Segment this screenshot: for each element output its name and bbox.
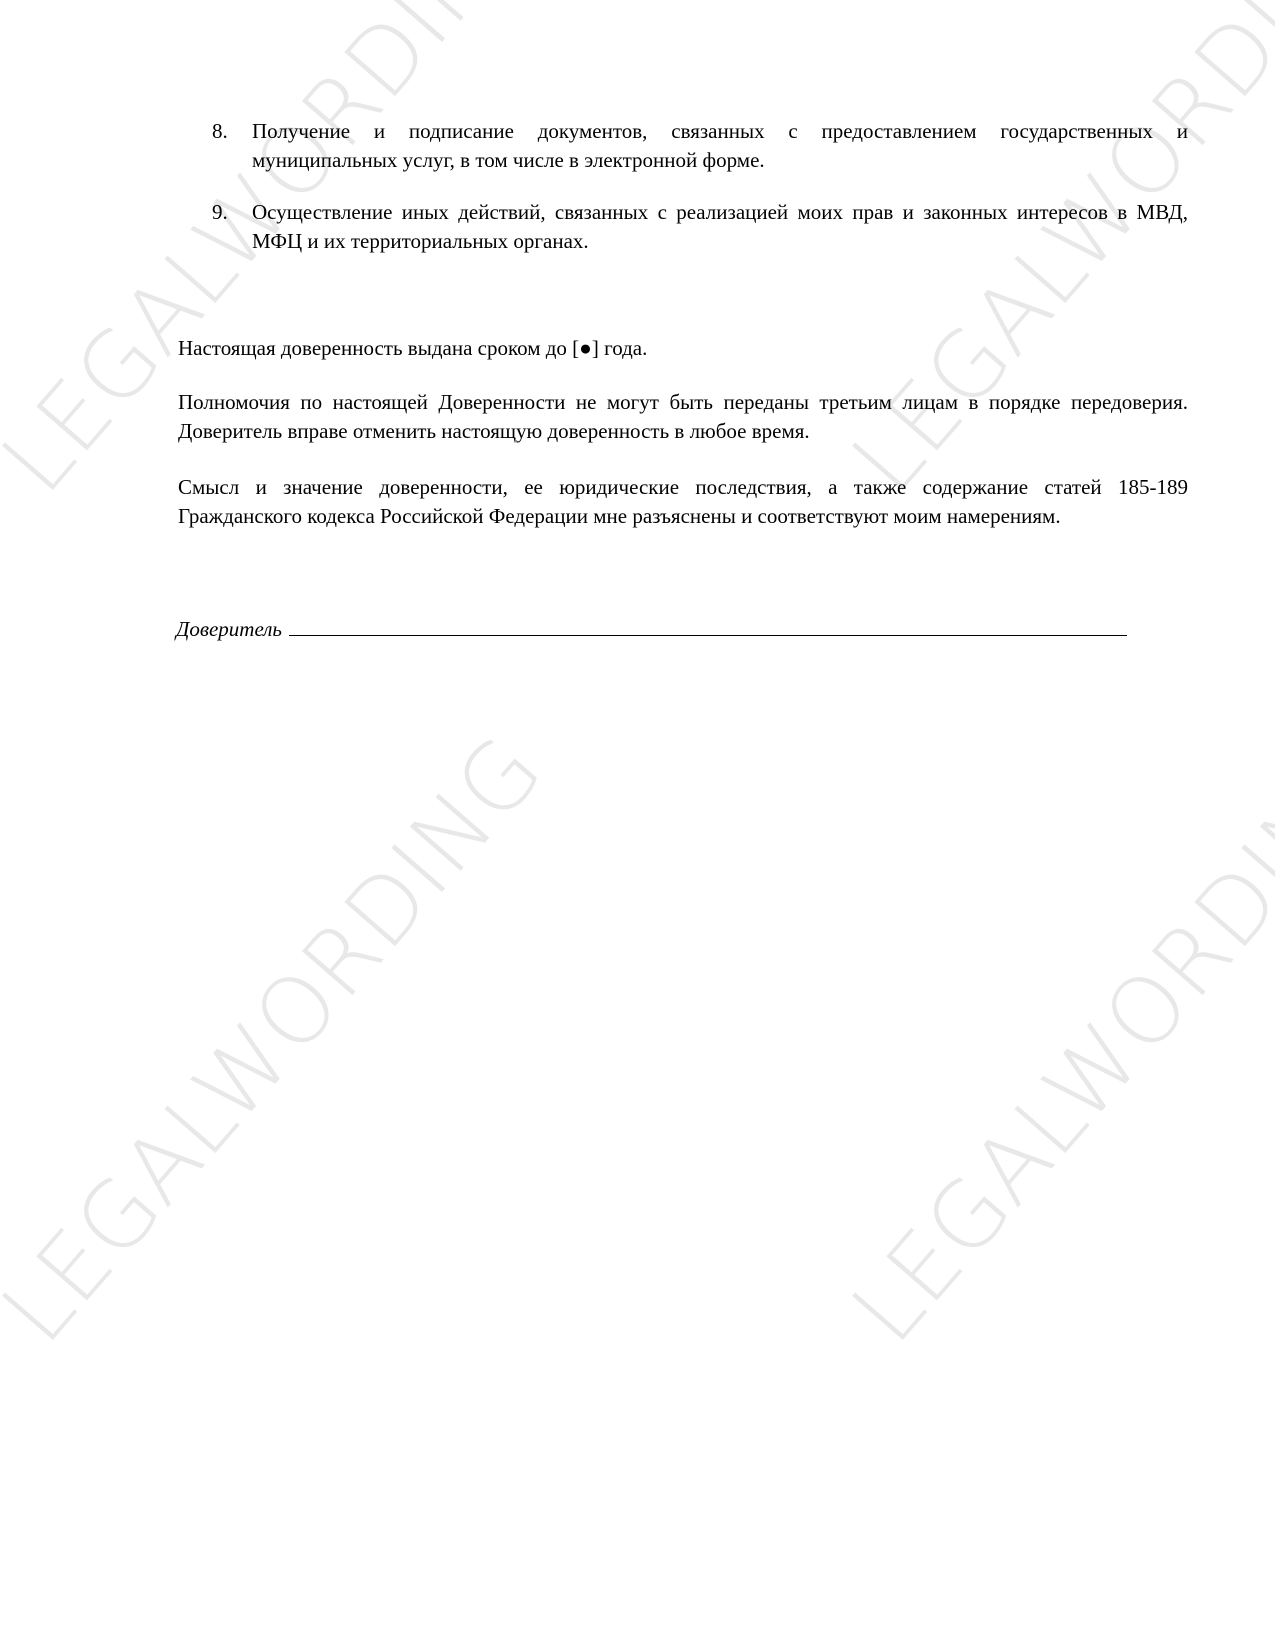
signature-label: Доверитель xyxy=(176,615,282,644)
legal-consequences-paragraph: Смысл и значение доверенности, ее юридич… xyxy=(178,473,1188,531)
signature-block: Доверитель xyxy=(176,615,1127,644)
signature-line[interactable] xyxy=(289,617,1127,636)
watermark-bottom-left: LEGALWORDING xyxy=(0,721,558,1358)
list-number: 8. xyxy=(212,117,242,146)
delegation-paragraph: Полномочия по настоящей Доверенности не … xyxy=(178,388,1188,446)
document-page: LEGALWORDING LEGALWORDING LEGALWORDING L… xyxy=(0,0,1275,1651)
validity-paragraph: Настоящая доверенность выдана сроком до … xyxy=(178,334,1188,363)
watermark-bottom-right: LEGALWORDING xyxy=(837,721,1275,1358)
list-number: 9. xyxy=(212,198,242,227)
list-text: Получение и подписание документов, связа… xyxy=(252,117,1188,175)
list-text: Осуществление иных действий, связанных с… xyxy=(252,198,1188,256)
